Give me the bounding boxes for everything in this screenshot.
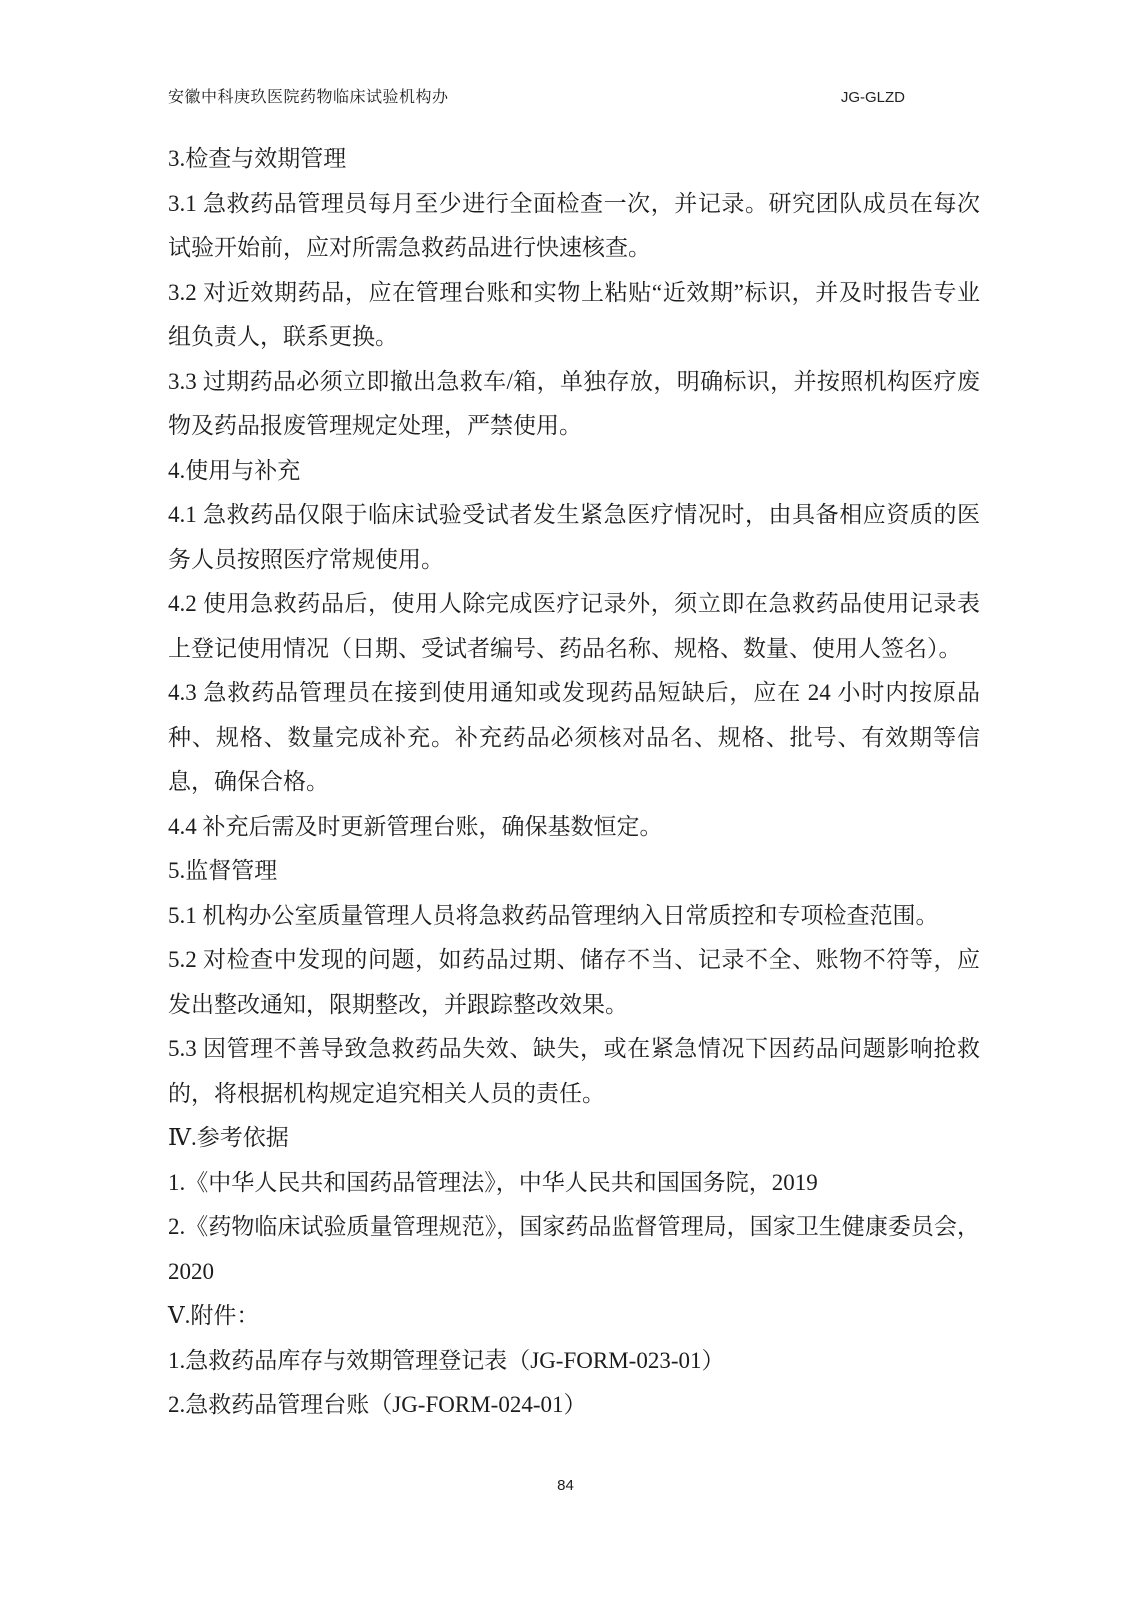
body-paragraph: 5.3 因管理不善导致急救药品失效、缺失，或在紧急情况下因药品问题影响抢救的，将… — [168, 1027, 980, 1116]
body-paragraph: 3.2 对近效期药品，应在管理台账和实物上粘贴“近效期”标识，并及时报告专业组负… — [168, 271, 980, 360]
body-paragraph: 4.1 急救药品仅限于临床试验受试者发生紧急医疗情况时，由具备相应资质的医务人员… — [168, 493, 980, 582]
reference-item: 2.《药物临床试验质量管理规范》，国家药品监督管理局，国家卫生健康委员会，202… — [168, 1205, 980, 1294]
document-page: 安徽中科庚玖医院药物临床试验机构办 JG-GLZD 3.检查与效期管理 3.1 … — [0, 0, 1131, 1600]
page-number: 84 — [557, 1477, 574, 1494]
section-heading: Ⅳ.参考依据 — [168, 1116, 980, 1161]
section-heading: 5.监督管理 — [168, 849, 980, 894]
section-heading: Ⅴ.附件： — [168, 1294, 980, 1339]
page-header: 安徽中科庚玖医院药物临床试验机构办 JG-GLZD — [168, 84, 905, 107]
body-paragraph: 4.2 使用急救药品后，使用人除完成医疗记录外，须立即在急救药品使用记录表上登记… — [168, 582, 980, 671]
body-paragraph: 4.3 急救药品管理员在接到使用通知或发现药品短缺后，应在 24 小时内按原品种… — [168, 671, 980, 805]
section-heading: 3.检查与效期管理 — [168, 137, 980, 182]
page-footer: 84 — [0, 1477, 1131, 1494]
header-document-code: JG-GLZD — [841, 89, 905, 106]
body-paragraph: 5.1 机构办公室质量管理人员将急救药品管理纳入日常质控和专项检查范围。 — [168, 894, 980, 939]
document-body: 3.检查与效期管理 3.1 急救药品管理员每月至少进行全面检查一次，并记录。研究… — [168, 137, 980, 1428]
body-paragraph: 5.2 对检查中发现的问题，如药品过期、储存不当、记录不全、账物不符等，应发出整… — [168, 938, 980, 1027]
body-paragraph: 4.4 补充后需及时更新管理台账，确保基数恒定。 — [168, 805, 980, 850]
header-institution-title: 安徽中科庚玖医院药物临床试验机构办 — [168, 84, 449, 107]
attachment-item: 1.急救药品库存与效期管理登记表（JG-FORM-023-01） — [168, 1339, 980, 1384]
section-heading: 4.使用与补充 — [168, 449, 980, 494]
attachment-item: 2.急救药品管理台账（JG-FORM-024-01） — [168, 1383, 980, 1428]
body-paragraph: 3.3 过期药品必须立即撤出急救车/箱，单独存放，明确标识，并按照机构医疗废物及… — [168, 360, 980, 449]
body-paragraph: 3.1 急救药品管理员每月至少进行全面检查一次，并记录。研究团队成员在每次试验开… — [168, 182, 980, 271]
reference-item: 1.《中华人民共和国药品管理法》，中华人民共和国国务院，2019 — [168, 1161, 980, 1206]
